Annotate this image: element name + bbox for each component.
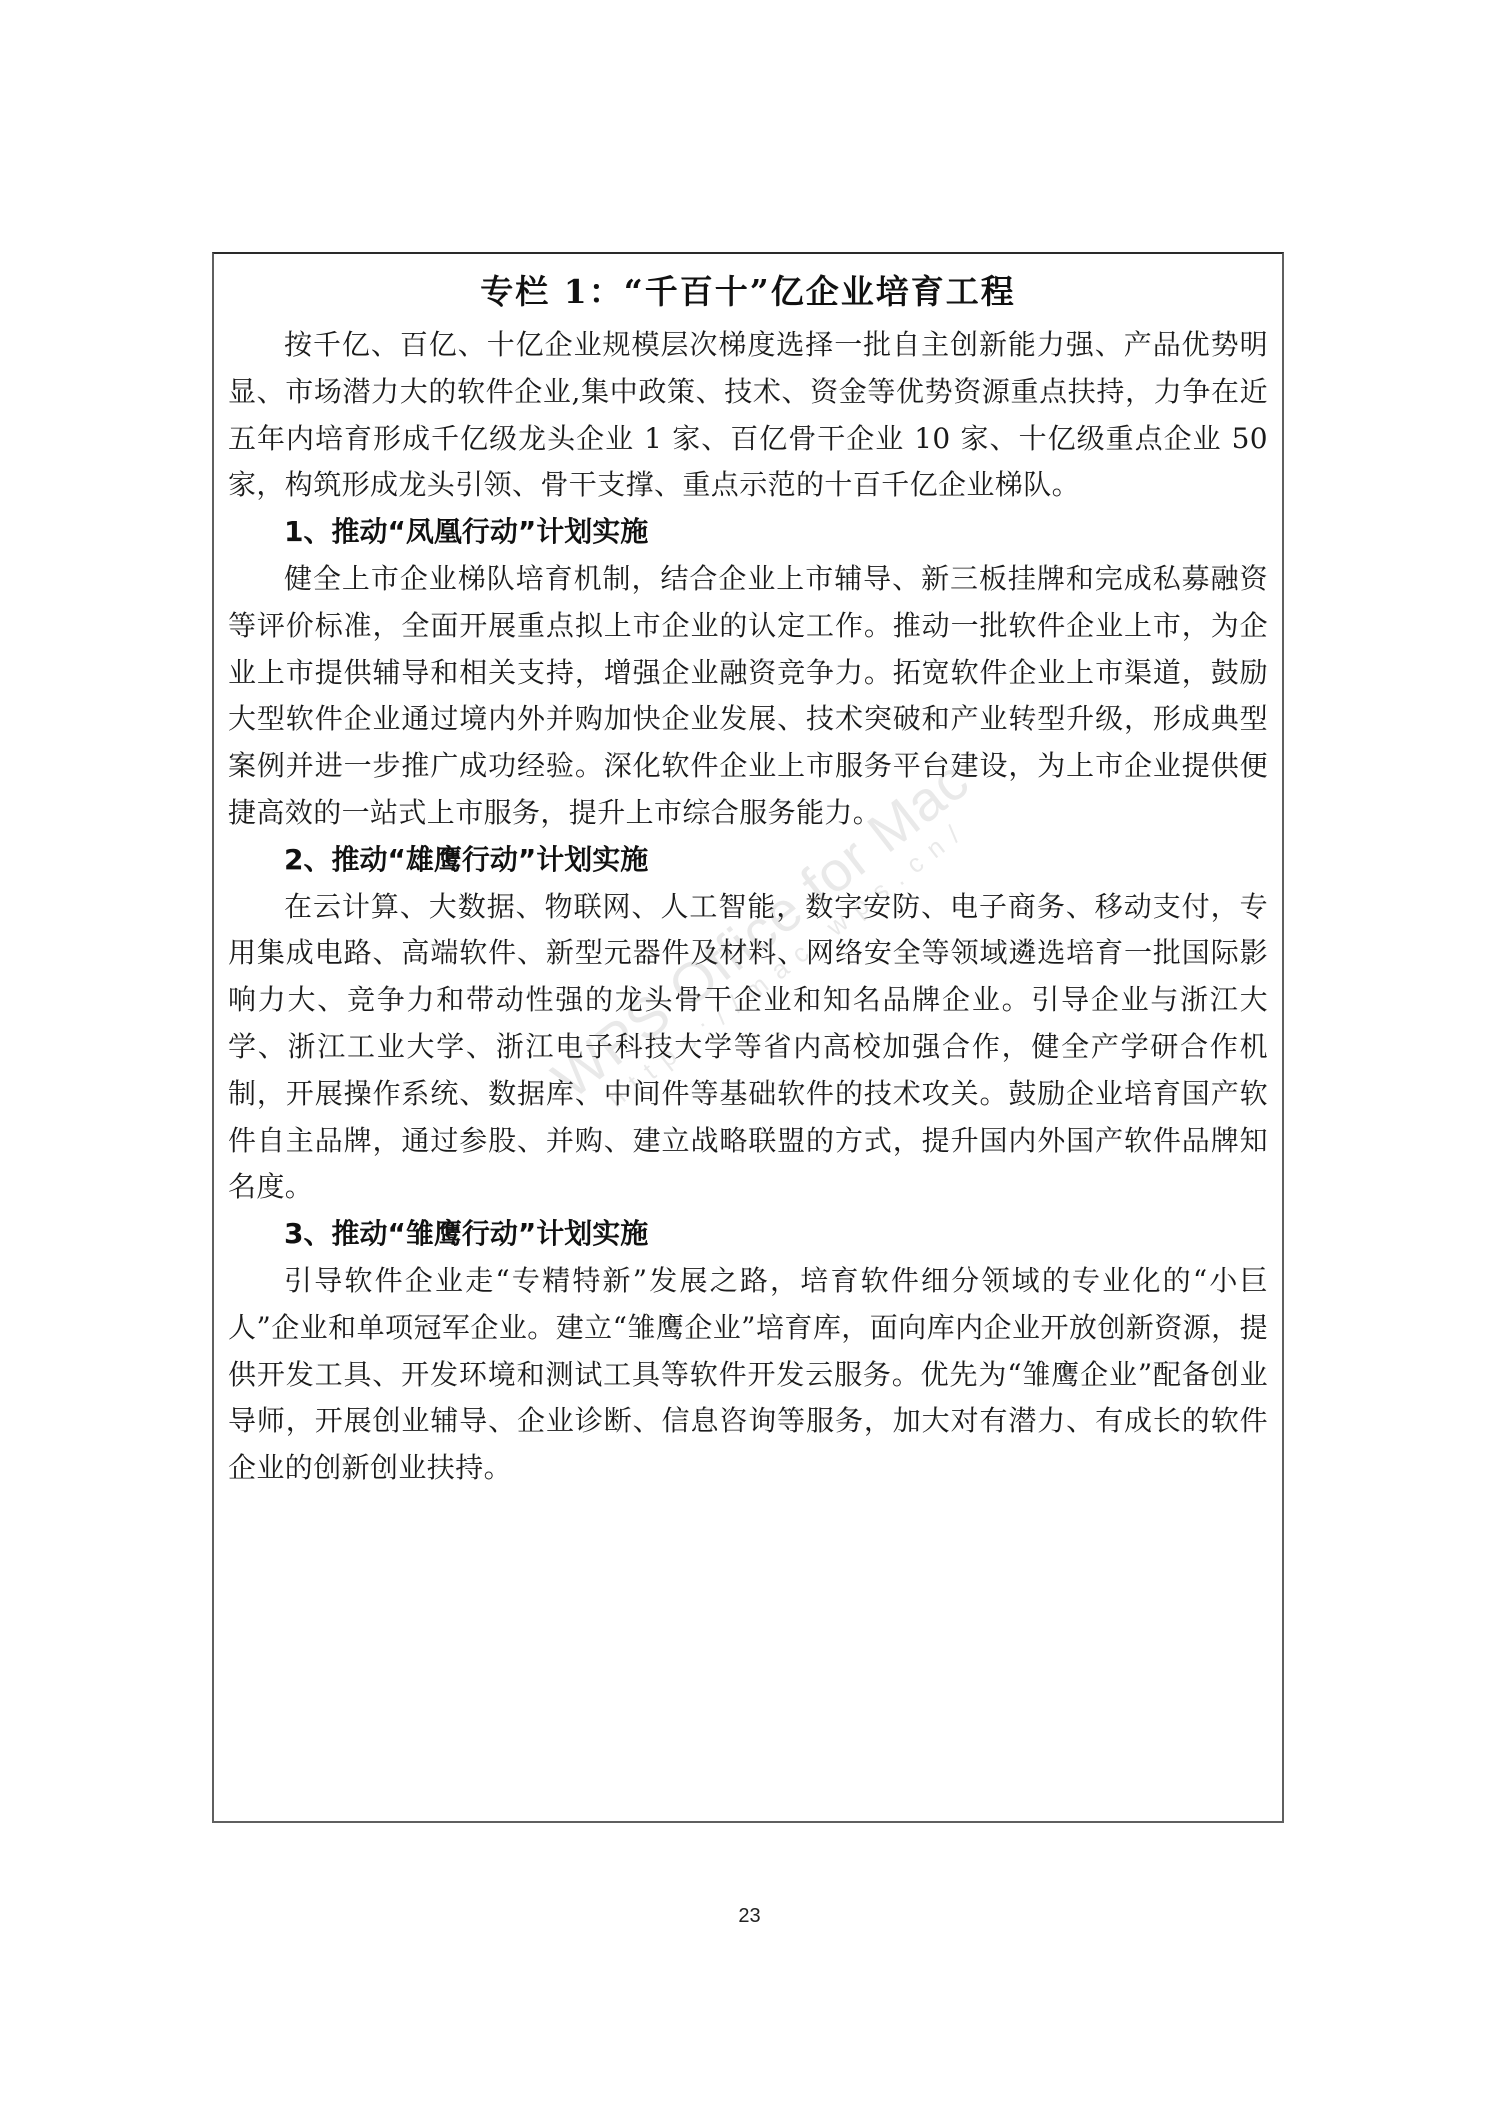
- document-page: 专栏 1：“千百十”亿企业培育工程 按千亿、百亿、十亿企业规模层次梯度选择一批自…: [0, 0, 1499, 2120]
- intro-paragraph: 按千亿、百亿、十亿企业规模层次梯度选择一批自主创新能力强、产品优势明显、市场潜力…: [228, 322, 1268, 509]
- section-body: 在云计算、大数据、物联网、人工智能，数字安防、电子商务、移动支付，专用集成电路、…: [228, 884, 1268, 1212]
- box-title: 专栏 1：“千百十”亿企业培育工程: [228, 268, 1268, 316]
- section-body: 引导软件企业走“专精特新”发展之路，培育软件细分领域的专业化的“小巨人”企业和单…: [228, 1258, 1268, 1492]
- section-eagle: 2、推动“雄鹰行动”计划实施 在云计算、大数据、物联网、人工智能，数字安防、电子…: [228, 837, 1268, 1211]
- section-eaglet: 3、推动“雏鹰行动”计划实施 引导软件企业走“专精特新”发展之路，培育软件细分领…: [228, 1211, 1268, 1492]
- page-number: 23: [0, 1905, 1499, 1928]
- section-heading: 2、推动“雄鹰行动”计划实施: [228, 837, 1268, 884]
- section-heading: 1、推动“凤凰行动”计划实施: [228, 509, 1268, 556]
- section-body: 健全上市企业梯队培育机制，结合企业上市辅导、新三板挂牌和完成私募融资等评价标准，…: [228, 556, 1268, 837]
- section-phoenix: 1、推动“凤凰行动”计划实施 健全上市企业梯队培育机制，结合企业上市辅导、新三板…: [228, 509, 1268, 837]
- feature-box: 专栏 1：“千百十”亿企业培育工程 按千亿、百亿、十亿企业规模层次梯度选择一批自…: [212, 252, 1284, 1823]
- section-heading: 3、推动“雏鹰行动”计划实施: [228, 1211, 1268, 1258]
